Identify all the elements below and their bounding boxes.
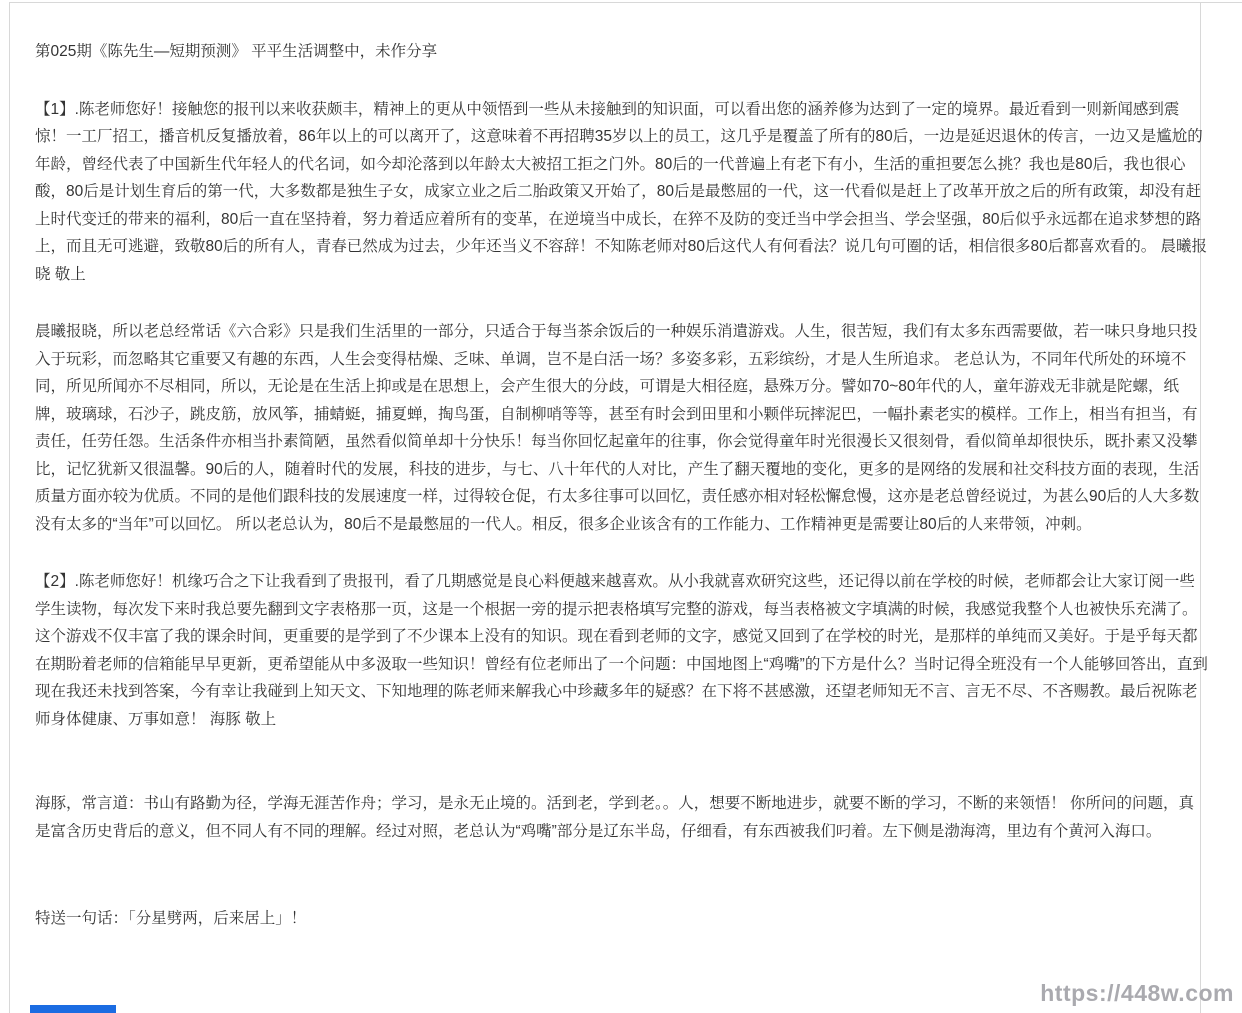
special-message: 特送一句话：「分星劈两，后来居上」！ <box>35 905 1209 933</box>
post-title: 第025期《陈先生—短期预测》 平平生活调整中，未作分享 <box>35 38 1209 66</box>
reader-letter-1: 【1】.陈老师您好！接触您的报刊以来收获颇丰，精神上的更从中领悟到一些从未接触到… <box>35 96 1209 289</box>
reader-letter-2: 【2】.陈老师您好！机缘巧合之下让我看到了贵报刊，看了几期感觉是良心料便越来越喜… <box>35 568 1209 733</box>
author-reply-1: 晨曦报晓，所以老总经常话《六合彩》只是我们生活里的一部分，只适合于每当茶余饭后的… <box>35 318 1209 538</box>
bottom-blue-bar[interactable] <box>30 1005 116 1013</box>
content-box-left-border <box>9 2 10 1013</box>
post-body: 第025期《陈先生—短期预测》 平平生活调整中，未作分享 【1】.陈老师您好！接… <box>35 38 1209 933</box>
site-watermark: https://448w.com <box>1040 980 1234 1007</box>
content-box-top-border <box>9 2 1242 3</box>
author-reply-2: 海豚，常言道：书山有路勤为径，学海无涯苦作舟；学习，是永无止境的。活到老，学到老… <box>35 790 1209 845</box>
